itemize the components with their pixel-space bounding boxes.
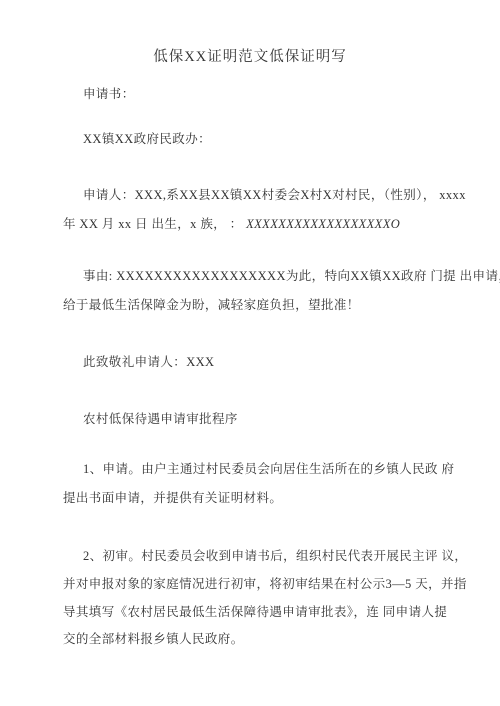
step2-line-3: 导其填写《农村居民最低生活保障待遇申请审批表》，连 同申请人提 — [63, 605, 447, 620]
applicant-info-line-2: 年 XX 月 xx 日 出生，x 族， ： XXXXXXXXXXXXXXXXXX… — [63, 217, 400, 232]
step2-line-1: 2、初审。村民委员会收到申请书后，组织村民代表开展民主评 议， — [83, 549, 467, 564]
application-letter-heading: 申请书： — [83, 87, 135, 102]
applicant-info-line-1: 申请人：XXX,系XX县XX镇XX村委会X村X对村民，（性别）， xxxx — [83, 188, 466, 203]
document-page: 低保XX证明范文低保证明写 申请书： XX镇XX政府民政办： 申请人：XXX,系… — [0, 0, 500, 706]
closing-salute-line: 此致敬礼申请人：XXX — [83, 355, 214, 370]
applicant-info-line-2-text: 年 XX 月 xx 日 出生，x 族， ： — [63, 217, 246, 231]
step2-line-2: 并对申报对象的家庭情况进行初审，将初审结果在村公示3—5 天，并指 — [63, 577, 467, 592]
procedure-section-heading: 农村低保待遇申请审批程序 — [83, 412, 238, 427]
cause-line-2: 给于最低生活保障金为盼，减轻家庭负担，望批准！ — [63, 298, 360, 313]
recipient-line: XX镇XX政府民政办： — [83, 132, 211, 147]
step1-line-2: 提出书面申请，并提供有关证明材料。 — [63, 491, 282, 506]
step2-line-4: 交的全部材料报乡镇人民政府。 — [63, 632, 244, 647]
cause-line-1: 事由: XXXXXXXXXXXXXXXXXX为此，特向XX镇XX政府 门提 出申… — [83, 269, 500, 284]
step1-line-1: 1、申请。由户主通过村民委员会向居住生活所在的乡镇人民政 府 — [83, 462, 454, 477]
applicant-id-placeholder: XXXXXXXXXXXXXXXXXXO — [246, 217, 400, 231]
document-title: 低保XX证明范文低保证明写 — [0, 45, 500, 66]
